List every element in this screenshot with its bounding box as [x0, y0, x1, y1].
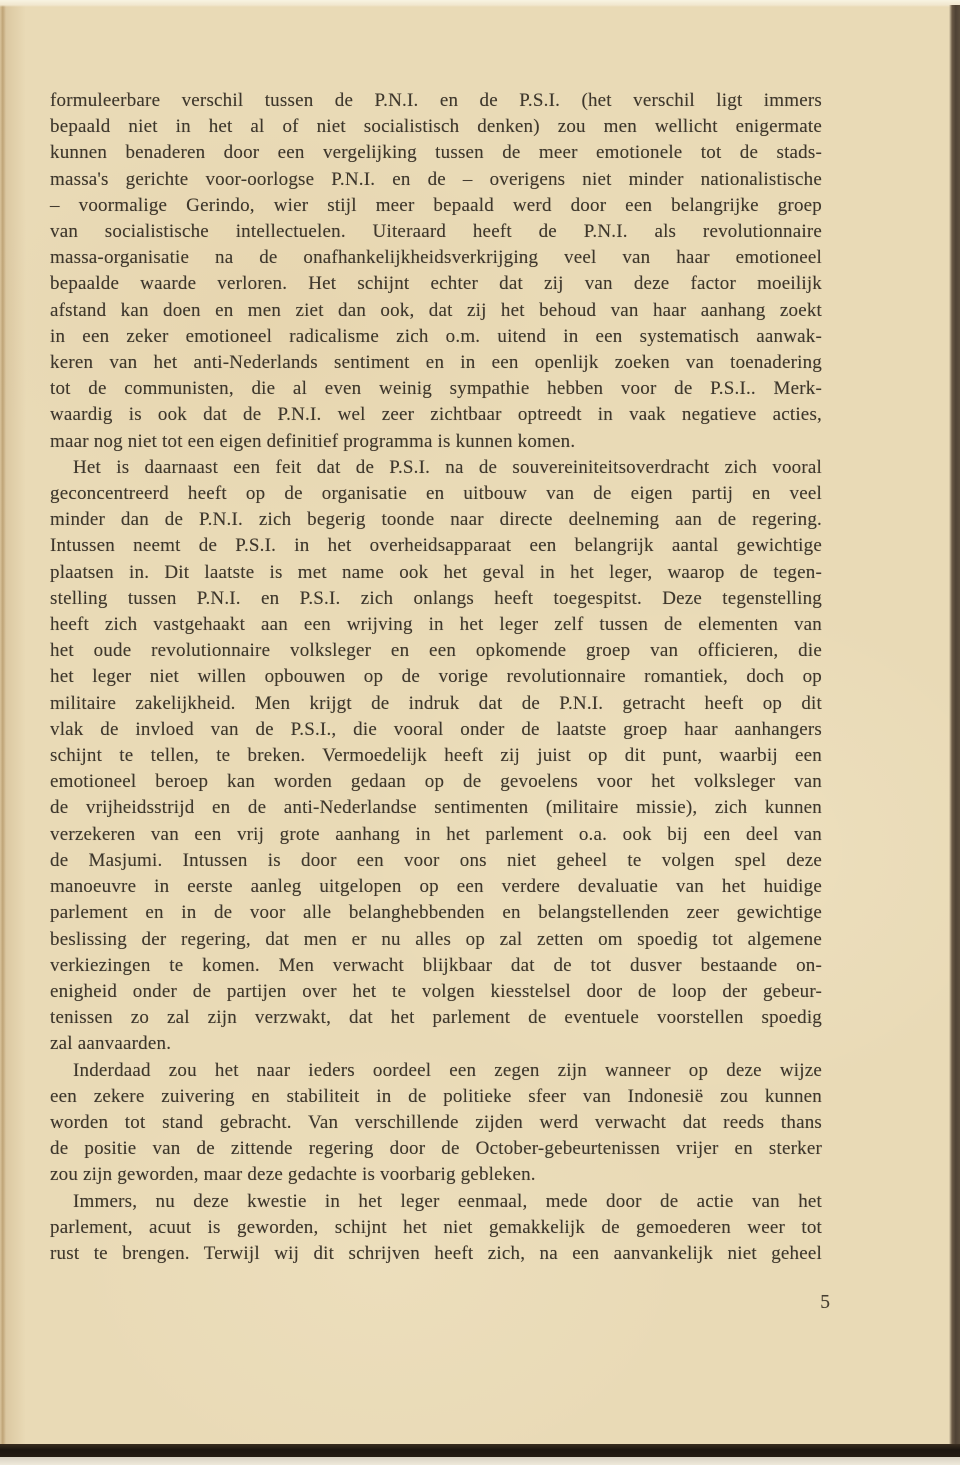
page-right-edge — [949, 5, 960, 1447]
spine-edge — [0, 0, 6, 1445]
text-line: enigheid onder de partijen over het te v… — [50, 979, 822, 1005]
text-line: zou zijn geworden, maar deze gedachte is… — [50, 1162, 822, 1188]
page-top-edge — [0, 0, 960, 7]
scan-background-strip — [0, 1457, 960, 1465]
text-line: het leger niet willen opbouwen op de vor… — [50, 664, 822, 690]
scanned-page: formuleerbare verschil tussen de P.N.I. … — [0, 0, 960, 1465]
text-line: manoeuvre in eerste aanleg uitgelopen op… — [50, 874, 822, 900]
text-line: stelling tussen P.N.I. en P.S.I. zich on… — [50, 586, 822, 612]
text-line: tot de communisten, die al even weinig s… — [50, 376, 822, 402]
text-line: verkiezingen te komen. Men verwacht blij… — [50, 953, 822, 979]
text-line: een zekere zuivering en stabiliteit in d… — [50, 1084, 822, 1110]
text-line: worden tot stand gebracht. Van verschill… — [50, 1110, 822, 1136]
text-line: in een zeker emotioneel radicalisme zich… — [50, 324, 822, 350]
text-line: schijnt te tellen, te breken. Vermoedeli… — [50, 743, 822, 769]
text-line: tenissen zo zal zijn verzwakt, dat het p… — [50, 1005, 822, 1031]
text-line: formuleerbare verschil tussen de P.N.I. … — [50, 88, 822, 114]
text-line: Intussen neemt de P.S.I. in het overheid… — [50, 533, 822, 559]
text-line: beslissing der regering, dat men er nu a… — [50, 927, 822, 953]
text-line: Immers, nu deze kwestie in het leger een… — [50, 1189, 822, 1215]
text-line: rust te brengen. Terwijl wij dit schrijv… — [50, 1241, 822, 1267]
text-line: maar nog niet tot een eigen definitief p… — [50, 429, 822, 455]
text-line: kunnen benaderen door een vergelijking t… — [50, 140, 822, 166]
text-line: emotioneel beroep kan worden gedaan op d… — [50, 769, 822, 795]
text-line: bepaald niet in het al of niet socialist… — [50, 114, 822, 140]
text-line: plaatsen in. Dit laatste is met name ook… — [50, 560, 822, 586]
text-line: de positie van de zittende regering door… — [50, 1136, 822, 1162]
text-line: verzekeren van een vrij grote aanhang in… — [50, 822, 822, 848]
text-line: bepaalde waarde verloren. Het schijnt ec… — [50, 271, 822, 297]
text-line: waardig is ook dat de P.N.I. wel zeer zi… — [50, 402, 822, 428]
text-line: geconcentreerd heeft op de organisatie e… — [50, 481, 822, 507]
text-line: van socialistische intellectuelen. Uiter… — [50, 219, 822, 245]
page-number: 5 — [806, 1292, 830, 1314]
text-line: de vrijheidsstrijd en de anti-Nederlands… — [50, 795, 822, 821]
text-line: het oude revolutionnaire volksleger en e… — [50, 638, 822, 664]
text-line: heeft zich vastgehaakt aan een wrijving … — [50, 612, 822, 638]
text-line: afstand kan doen en men ziet dan ook, da… — [50, 298, 822, 324]
text-line: zal aanvaarden. — [50, 1031, 822, 1057]
text-line: vlak de invloed van de P.S.I., die voora… — [50, 717, 822, 743]
text-line: de Masjumi. Intussen is door een voor on… — [50, 848, 822, 874]
text-line: parlement, acuut is geworden, schijnt he… — [50, 1215, 822, 1241]
text-line: militaire zakelijkheid. Men krijgt de in… — [50, 691, 822, 717]
text-line: massa's gerichte voor-oorlogse P.N.I. en… — [50, 167, 822, 193]
text-line: minder dan de P.N.I. zich begerig toonde… — [50, 507, 822, 533]
book-bottom-edge — [0, 1444, 960, 1457]
text-line: massa-organisatie na de onafhankelijkhei… — [50, 245, 822, 271]
page-text: formuleerbare verschil tussen de P.N.I. … — [50, 88, 822, 1267]
text-line: Het is daarnaast een feit dat de P.S.I. … — [50, 455, 822, 481]
text-line: – voormalige Gerindo, wier stijl meer be… — [50, 193, 822, 219]
text-line: keren van het anti-Nederlands sentiment … — [50, 350, 822, 376]
text-line: Inderdaad zou het naar ieders oordeel ee… — [50, 1058, 822, 1084]
text-line: parlement en in de voor alle belanghebbe… — [50, 900, 822, 926]
